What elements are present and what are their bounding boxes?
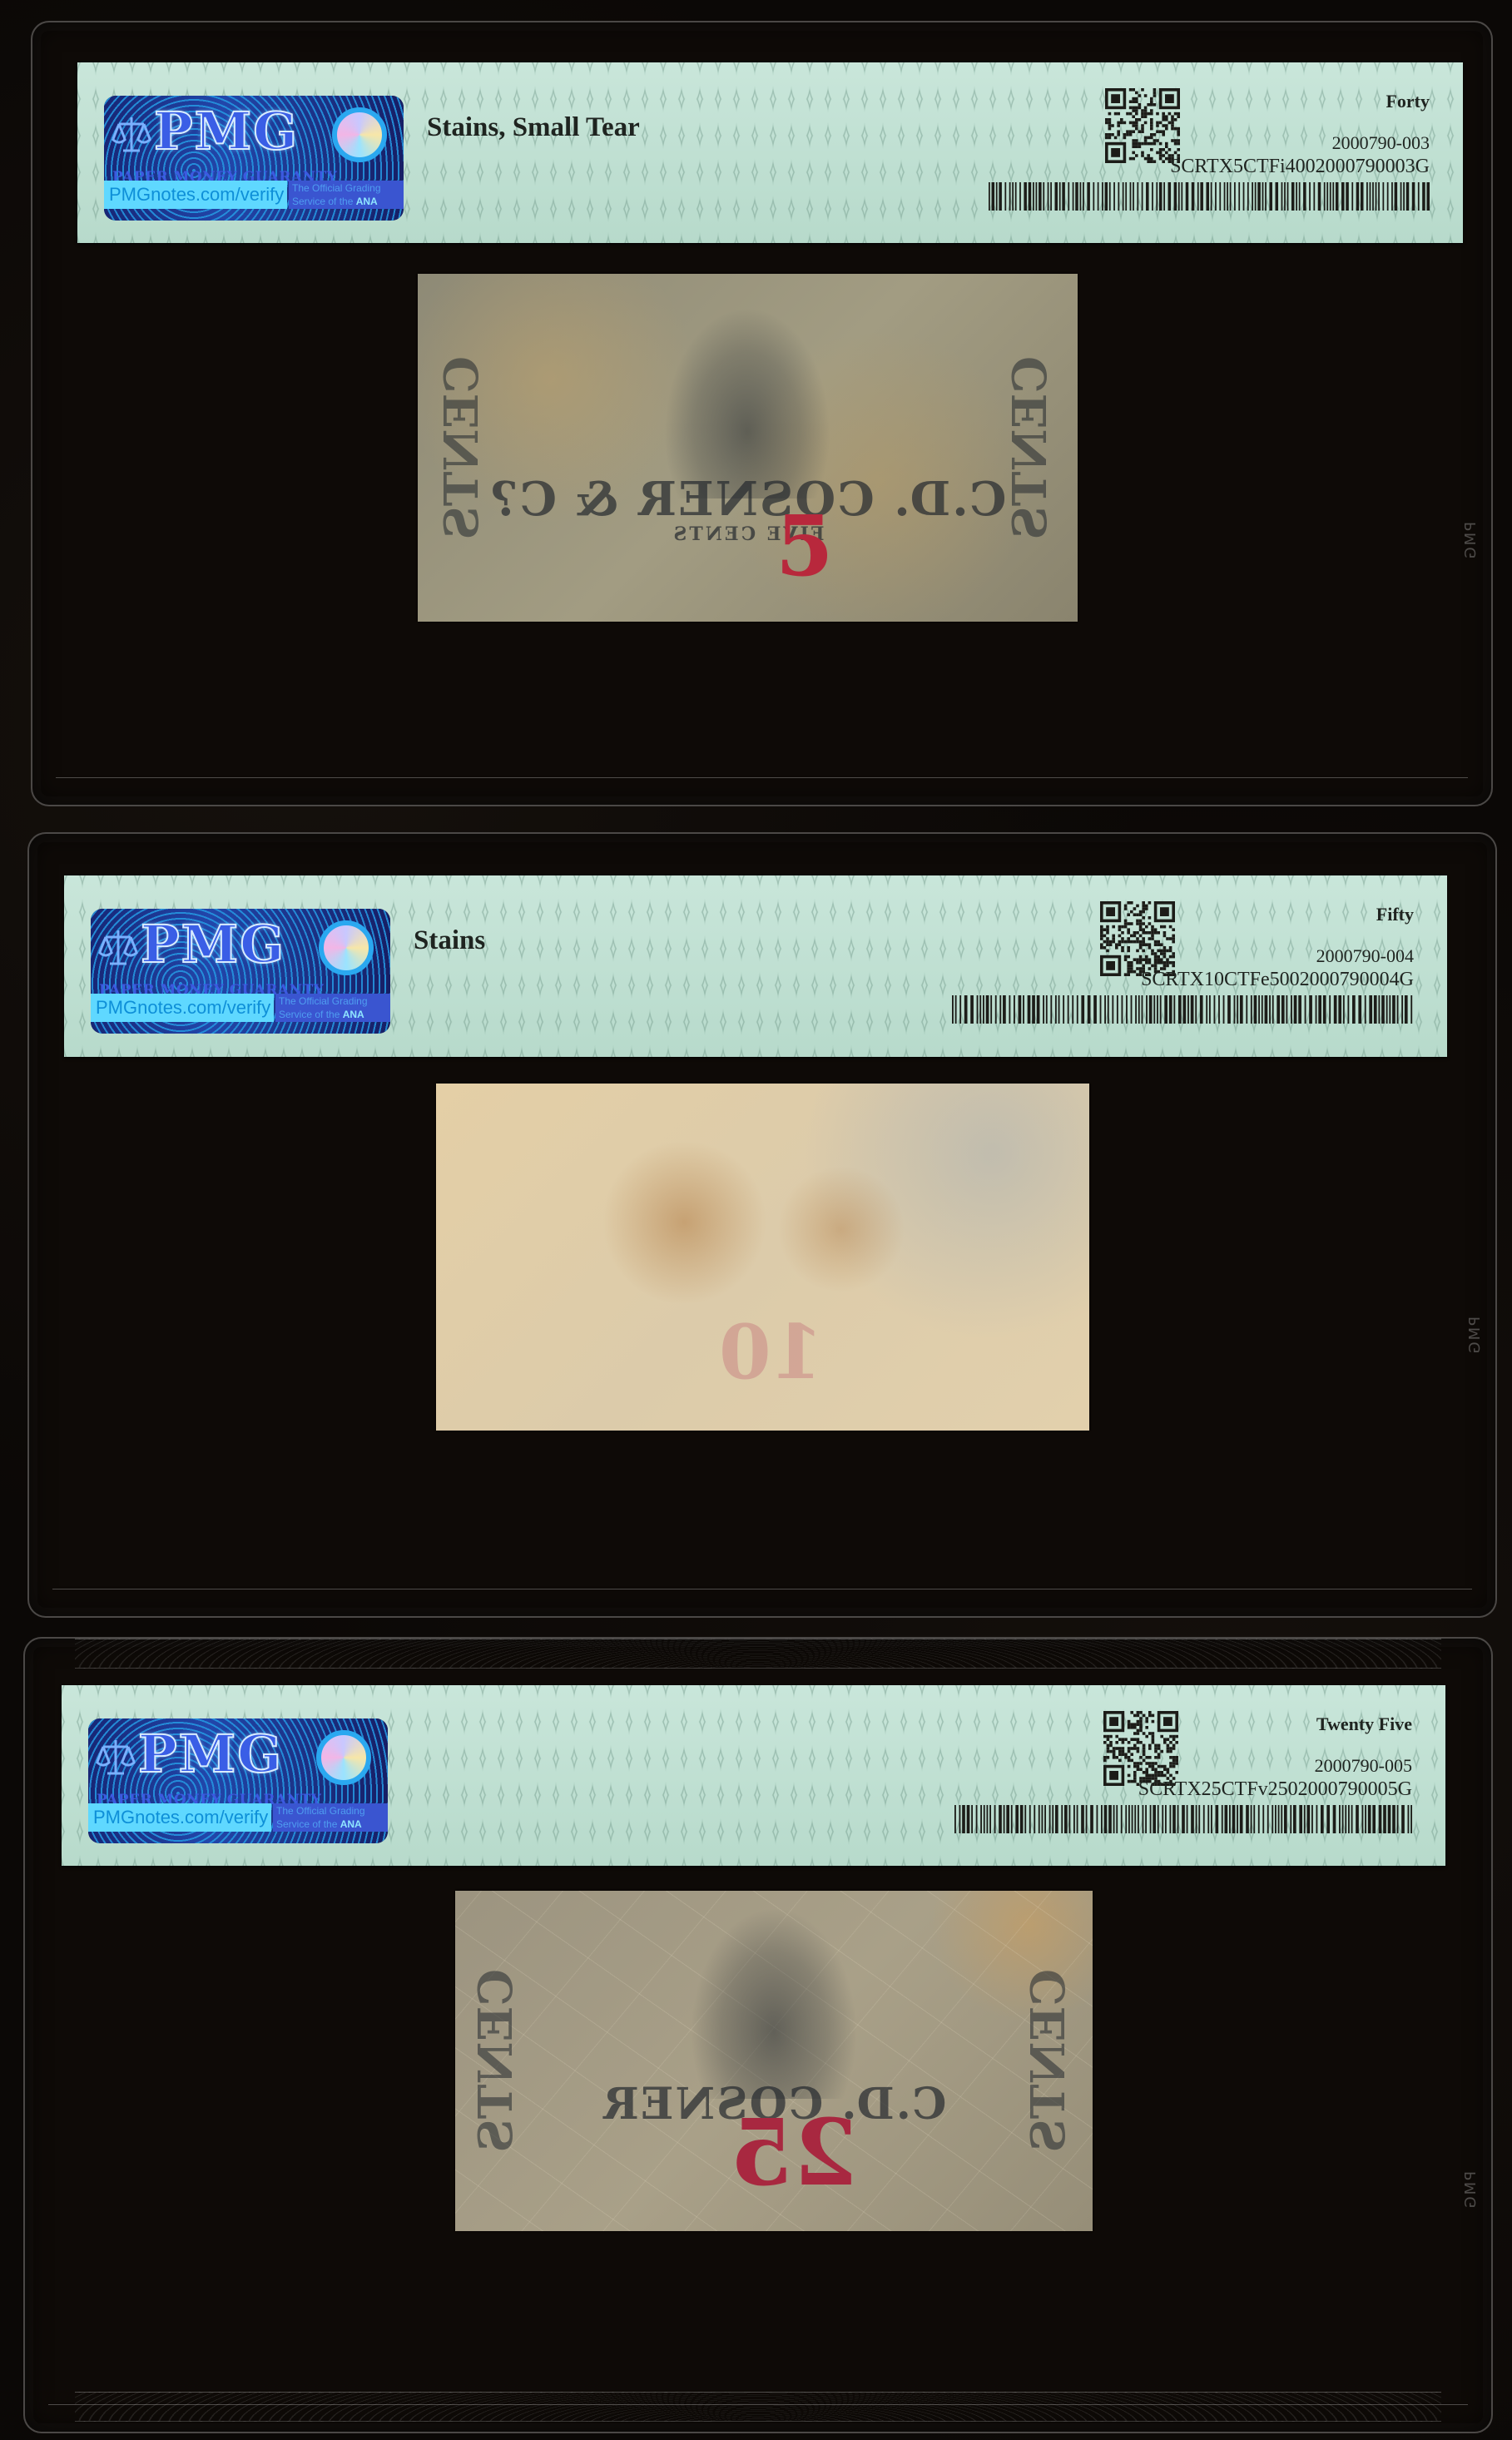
holder-emboss-text: PMG [1462, 522, 1480, 560]
note-side-text-right: CENTS [468, 1924, 527, 2198]
banknote-3: CENTS CENTS C.D. COSNER 25 [455, 1891, 1093, 2231]
holder-1: PMG PMG PAPER MONEY GUARANTY PMGnotes.co… [31, 21, 1493, 806]
verify-link[interactable]: PMGnotes.com/verify [104, 181, 287, 209]
holder-emboss-text: PMG [1466, 1317, 1484, 1355]
hologram-seal-icon [319, 920, 374, 975]
cert-number: 2000790-004 [1316, 945, 1414, 967]
grading-label: PMG PAPER MONEY GUARANTY PMGnotes.com/ve… [77, 62, 1463, 243]
scales-of-justice-icon [95, 1737, 136, 1778]
pmg-hologram: PMG PAPER MONEY GUARANTY PMGnotes.com/ve… [88, 1718, 388, 1843]
qr-code-icon[interactable] [1100, 899, 1175, 979]
verify-link[interactable]: PMGnotes.com/verify [91, 994, 274, 1022]
official-grading-text: The Official Grading Service of the ANA [275, 994, 390, 1022]
banknote-2: 10 [436, 1084, 1089, 1431]
item-code: SCRTX10CTFe5002000790004G [1141, 969, 1414, 991]
ana-text: ANA [340, 1818, 362, 1830]
note-title: C.D. COSNER & C? [418, 472, 1078, 527]
note-print-through: CENTS CENTS C.D. COSNER & C? FIVE CENTS [418, 274, 1078, 622]
note-overprint: 5 [776, 497, 834, 595]
holder-emboss-text: PMG [1462, 2171, 1480, 2209]
note-overprint: 25 [730, 2099, 857, 2206]
banknote-1: CENTS CENTS C.D. COSNER & C? FIVE CENTS … [418, 274, 1078, 622]
grade-text: Forty [1386, 91, 1430, 112]
note-vignette [691, 1907, 857, 2099]
grade-text: Twenty Five [1316, 1713, 1412, 1735]
pmg-hologram: PMG PAPER MONEY GUARANTY PMGnotes.com/ve… [91, 909, 390, 1034]
scales-of-justice-icon [111, 114, 152, 156]
barcode-icon [952, 995, 1414, 1024]
official-grading-text: The Official Grading Service of the ANA [289, 181, 404, 209]
note-denomination: FIVE CENTS [418, 523, 1078, 545]
hologram-seal-icon [316, 1730, 371, 1785]
holder-3: PMG PMG PAPER MONEY GUARANTY PMGnotes.co… [23, 1637, 1493, 2433]
label-comment: Stains, Small Tear [427, 112, 640, 143]
grading-label: PMG PAPER MONEY GUARANTY PMGnotes.com/ve… [64, 875, 1447, 1057]
pmg-hologram: PMG PAPER MONEY GUARANTY PMGnotes.com/ve… [104, 96, 404, 221]
barcode-icon [954, 1805, 1412, 1833]
verify-link[interactable]: PMGnotes.com/verify [88, 1803, 271, 1832]
pmg-logo: PMG [141, 914, 285, 975]
qr-code-icon[interactable] [1103, 1708, 1178, 1788]
note-side-text-left: CENTS [1003, 307, 1061, 588]
note-side-text-right: CENTS [434, 307, 493, 588]
note-overprint: 10 [719, 1308, 823, 1396]
note-vignette [665, 307, 831, 498]
label-comment: Stains [414, 925, 485, 956]
item-code: SCRTX5CTFi4002000790003G [1170, 156, 1430, 178]
holder-2: PMG PMG PAPER MONEY GUARANTY PMGnotes.co… [27, 832, 1497, 1618]
holder-bottom-rail [75, 2392, 1441, 2422]
grade-text: Fifty [1376, 904, 1414, 925]
cert-number: 2000790-005 [1315, 1755, 1412, 1777]
scales-of-justice-icon [97, 927, 139, 969]
note-side-text-left: CENTS [1021, 1924, 1079, 2198]
cert-number: 2000790-003 [1332, 132, 1430, 154]
item-code: SCRTX25CTFv2502000790005G [1138, 1778, 1412, 1801]
pmg-logo: PMG [154, 101, 299, 161]
hologram-seal-icon [332, 107, 387, 162]
qr-code-icon[interactable] [1105, 86, 1180, 166]
holder-top-rail [75, 1639, 1441, 1669]
ana-text: ANA [356, 196, 378, 207]
grading-label: PMG PAPER MONEY GUARANTY PMGnotes.com/ve… [62, 1685, 1445, 1866]
official-grading-text: The Official Grading Service of the ANA [273, 1803, 388, 1832]
pmg-logo: PMG [138, 1723, 283, 1784]
ana-text: ANA [343, 1009, 364, 1020]
barcode-icon [989, 182, 1430, 211]
